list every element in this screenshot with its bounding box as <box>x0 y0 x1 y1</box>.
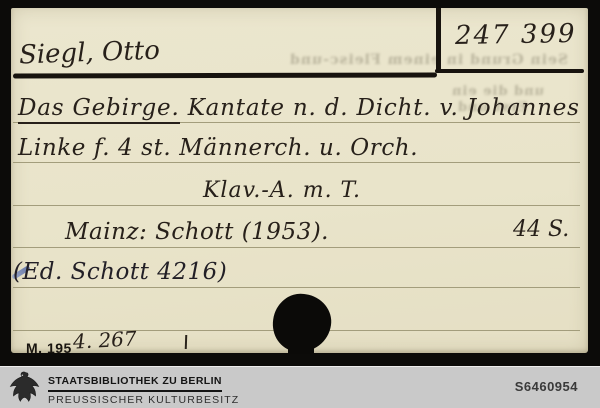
ruled-line <box>13 205 580 206</box>
scoring-line: Linke f. 4 st. Männerch. u. Orch. <box>18 135 418 161</box>
ruled-line <box>13 247 580 248</box>
call-number: 247 399 <box>455 19 577 51</box>
title-line: Das Gebirge. Kantate n. d. Dicht. v. Joh… <box>18 95 580 121</box>
heading-underline <box>13 72 437 78</box>
edition-note: (Ed. Schott 4216) <box>13 259 227 285</box>
bleed-through-text: Sein Grund in einem Fleisc-und <box>289 52 568 68</box>
library-name: STAATSBIBLIOTHEK ZU BERLIN <box>48 376 222 392</box>
prussian-eagle-icon <box>6 369 44 407</box>
shelfmark-handwritten: 4. 267 <box>72 326 137 353</box>
shelfmark-stamp: M. 195 <box>26 340 72 356</box>
catalog-card-scan: Sein Grund in einem Fleisc-und und die e… <box>0 0 600 408</box>
title-proper: Das Gebirge. <box>18 95 180 124</box>
tally-mark <box>185 335 187 349</box>
catalog-card: Sein Grund in einem Fleisc-und und die e… <box>11 8 588 353</box>
call-number-box-border <box>435 69 584 73</box>
imprint: Mainz: Schott (1953). <box>65 219 329 245</box>
punch-hole-stem <box>288 340 314 354</box>
library-name-block: STAATSBIBLIOTHEK ZU BERLIN PREUSSISCHER … <box>48 372 239 405</box>
ruled-line <box>13 287 580 288</box>
title-remainder: Kantate n. d. Dicht. v. Johannes <box>180 95 580 121</box>
ruled-line <box>13 162 580 163</box>
scan-id: S6460954 <box>515 379 578 394</box>
library-footer-bar: STAATSBIBLIOTHEK ZU BERLIN PREUSSISCHER … <box>0 366 600 408</box>
format-note: Klav.-A. m. T. <box>203 178 361 203</box>
author-heading: Siegl, Otto <box>19 36 161 71</box>
call-number-box-border <box>436 8 441 72</box>
library-subtitle: PREUSSISCHER KULTURBESITZ <box>48 395 239 406</box>
extent: 44 S. <box>513 217 569 242</box>
